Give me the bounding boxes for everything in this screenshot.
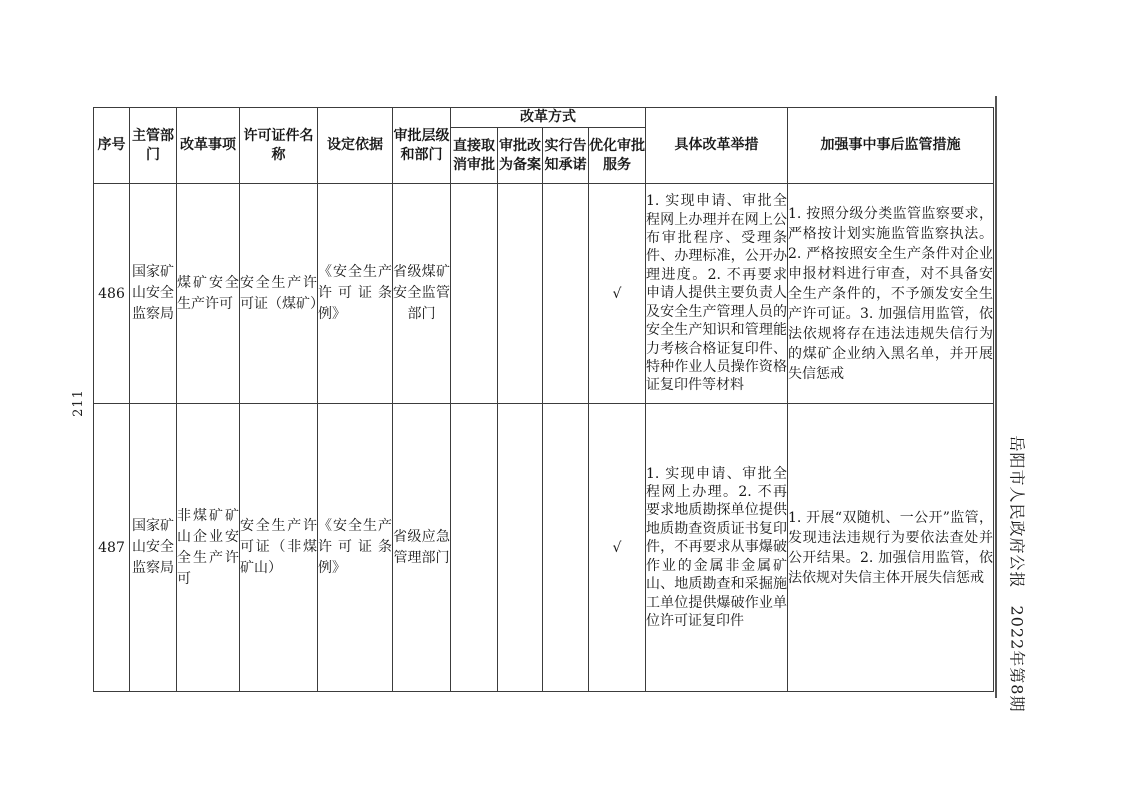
header-license: 许可证件名称 [240, 108, 318, 184]
cell-supervision: 1. 按照分级分类监管监察要求，严格按计划实施监管监察执法。2. 严格按照安全生… [788, 184, 994, 404]
cell-notify [543, 404, 589, 692]
table-row-487: 487 国家矿山安全监察局 非煤矿矿山企业安全生产许可 安全生产许可证（非煤矿山… [94, 404, 994, 692]
cell-dept: 国家矿山安全监察局 [130, 404, 177, 692]
header-optimize: 优化审批服务 [589, 128, 646, 184]
cell-cancel [451, 184, 498, 404]
cell-item: 煤矿安全生产许可 [177, 184, 240, 404]
header-cancel: 直接取消审批 [451, 128, 498, 184]
cell-optimize-checkmark: √ [589, 404, 646, 692]
cell-supervision: 1. 开展“双随机、一公开”监管，发现违法违规行为要依法查处并公开结果。2. 加… [788, 404, 994, 692]
cell-optimize-checkmark: √ [589, 184, 646, 404]
table-header-row-group: 序号 主管部门 改革事项 许可证件名称 设定依据 审批层级和部门 改革方式 具体… [94, 108, 994, 128]
scanned-document-page: 211 岳阳市人民政府公报 2022年第8期 序号 主管部门 改革事项 许可证件… [0, 0, 1122, 794]
cell-basis: 《安全生产许可证条例》 [318, 184, 393, 404]
header-supervision: 加强事中事后监管措施 [788, 108, 994, 184]
page-number: 211 [71, 381, 93, 425]
cell-record [498, 184, 543, 404]
cell-measures: 1. 实现申请、审批全程网上办理并在网上公布审批程序、受理条件、办理标准，公开办… [646, 184, 788, 404]
journal-caption: 岳阳市人民政府公报 2022年第8期 [1007, 436, 1030, 713]
header-record: 审批改为备案 [498, 128, 543, 184]
cell-item: 非煤矿矿山企业安全生产许可 [177, 404, 240, 692]
cell-dept: 国家矿山安全监察局 [130, 184, 177, 404]
header-level: 审批层级和部门 [393, 108, 451, 184]
cell-level: 省级应急管理部门 [393, 404, 451, 692]
cell-no: 486 [94, 184, 130, 404]
header-basis: 设定依据 [318, 108, 393, 184]
header-dept: 主管部门 [130, 108, 177, 184]
cell-license: 安全生产许可证（煤矿） [240, 184, 318, 404]
header-measures: 具体改革举措 [646, 108, 788, 184]
cell-record [498, 404, 543, 692]
header-no: 序号 [94, 108, 130, 184]
cell-notify [543, 184, 589, 404]
cell-no: 487 [94, 404, 130, 692]
page-margin-rule [995, 96, 997, 698]
cell-level: 省级煤矿安全监管部门 [393, 184, 451, 404]
cell-cancel [451, 404, 498, 692]
cell-license: 安全生产许可证（非煤矿山） [240, 404, 318, 692]
reform-items-table: 序号 主管部门 改革事项 许可证件名称 设定依据 审批层级和部门 改革方式 具体… [93, 107, 994, 692]
header-notify: 实行告知承诺 [543, 128, 589, 184]
cell-basis: 《安全生产许可证条例》 [318, 404, 393, 692]
header-item: 改革事项 [177, 108, 240, 184]
table-row-486: 486 国家矿山安全监察局 煤矿安全生产许可 安全生产许可证（煤矿） 《安全生产… [94, 184, 994, 404]
cell-measures: 1. 实现申请、审批全程网上办理。2. 不再要求地质勘探单位提供地质勘查资质证书… [646, 404, 788, 692]
header-reform-group: 改革方式 [451, 108, 646, 128]
